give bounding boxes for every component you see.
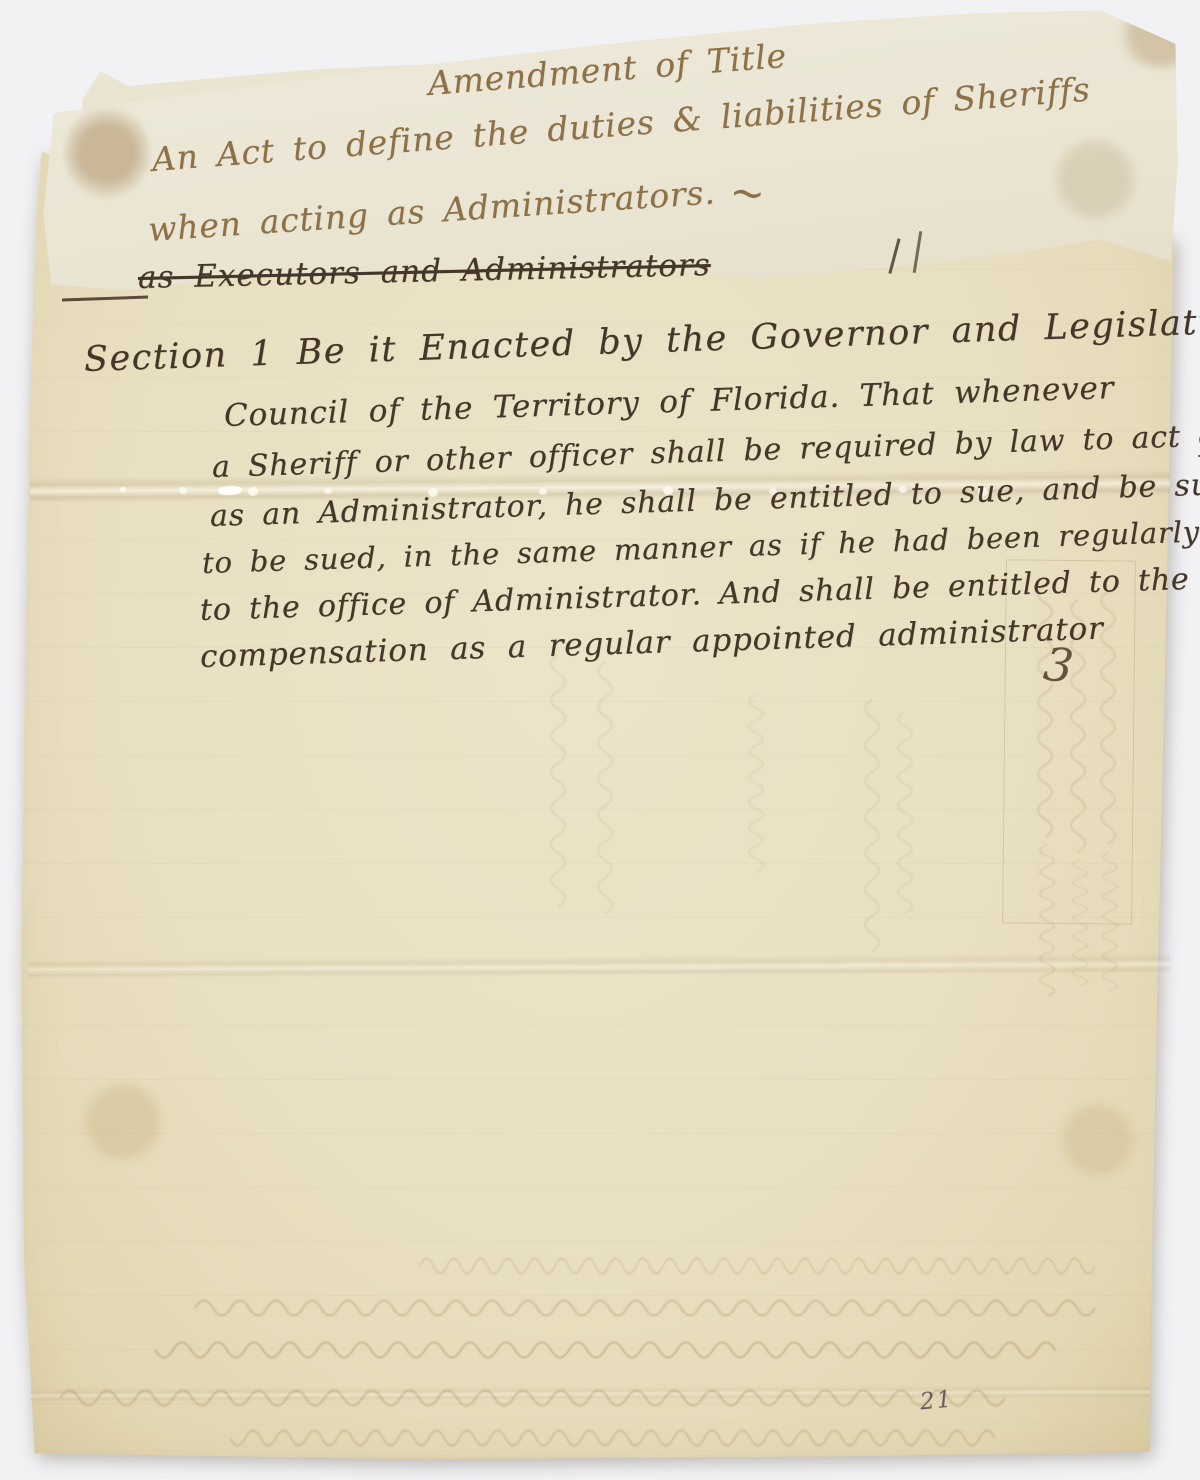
slip-title-line-3-text: when acting as Administrators. (147, 172, 717, 249)
slip-stain-right (1052, 134, 1138, 224)
ink-blot-stain (64, 106, 150, 200)
slip-title-line-3: when acting as Administrators.~ (146, 161, 768, 251)
page-number-pencil: 21 (919, 1387, 954, 1416)
slip-flourish: ~ (727, 166, 770, 220)
crease-damage-chips (120, 487, 126, 492)
document-scan: Amendment of Title An Act to define the … (0, 0, 1200, 1480)
